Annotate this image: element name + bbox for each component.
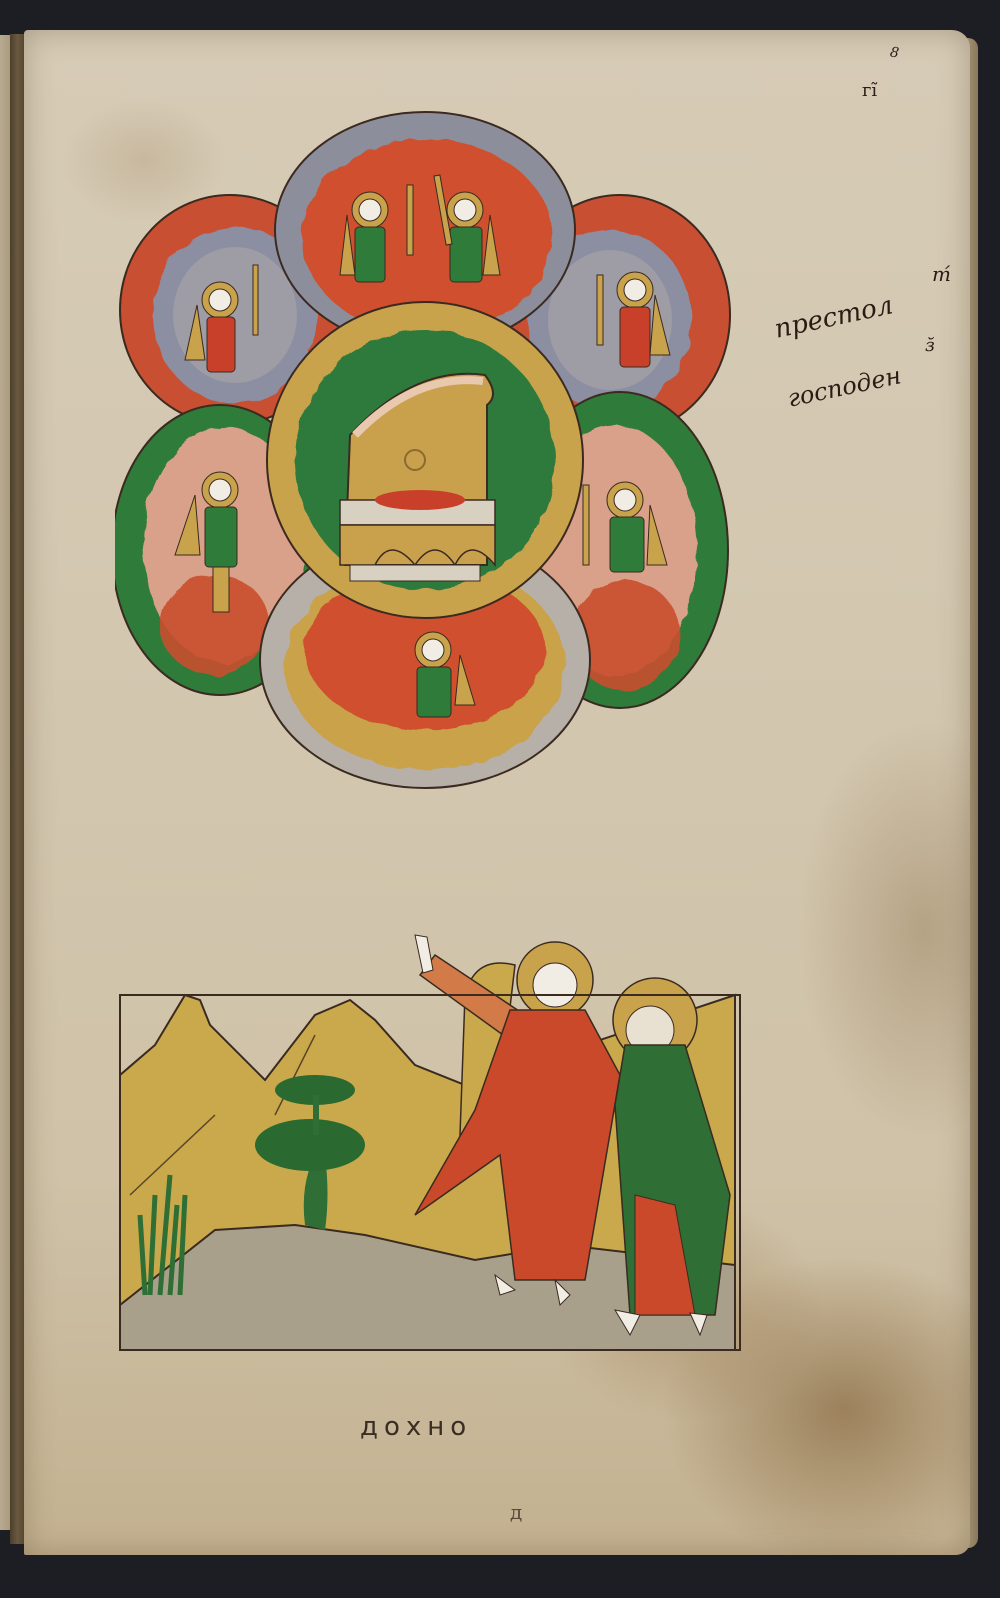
illumination-caption: дохно (360, 1412, 472, 1442)
margin-superscript-2: з̆ (925, 335, 935, 356)
central-medallion (267, 302, 583, 618)
book-gutter (10, 34, 25, 1544)
bottom-ink-mark: д (510, 1500, 522, 1524)
margin-superscript-1: т́ (932, 262, 951, 286)
throne-vision-illumination (115, 105, 735, 790)
angel-and-saint-illumination (115, 895, 745, 1355)
folio-number-ink: гі̃ (862, 80, 877, 101)
